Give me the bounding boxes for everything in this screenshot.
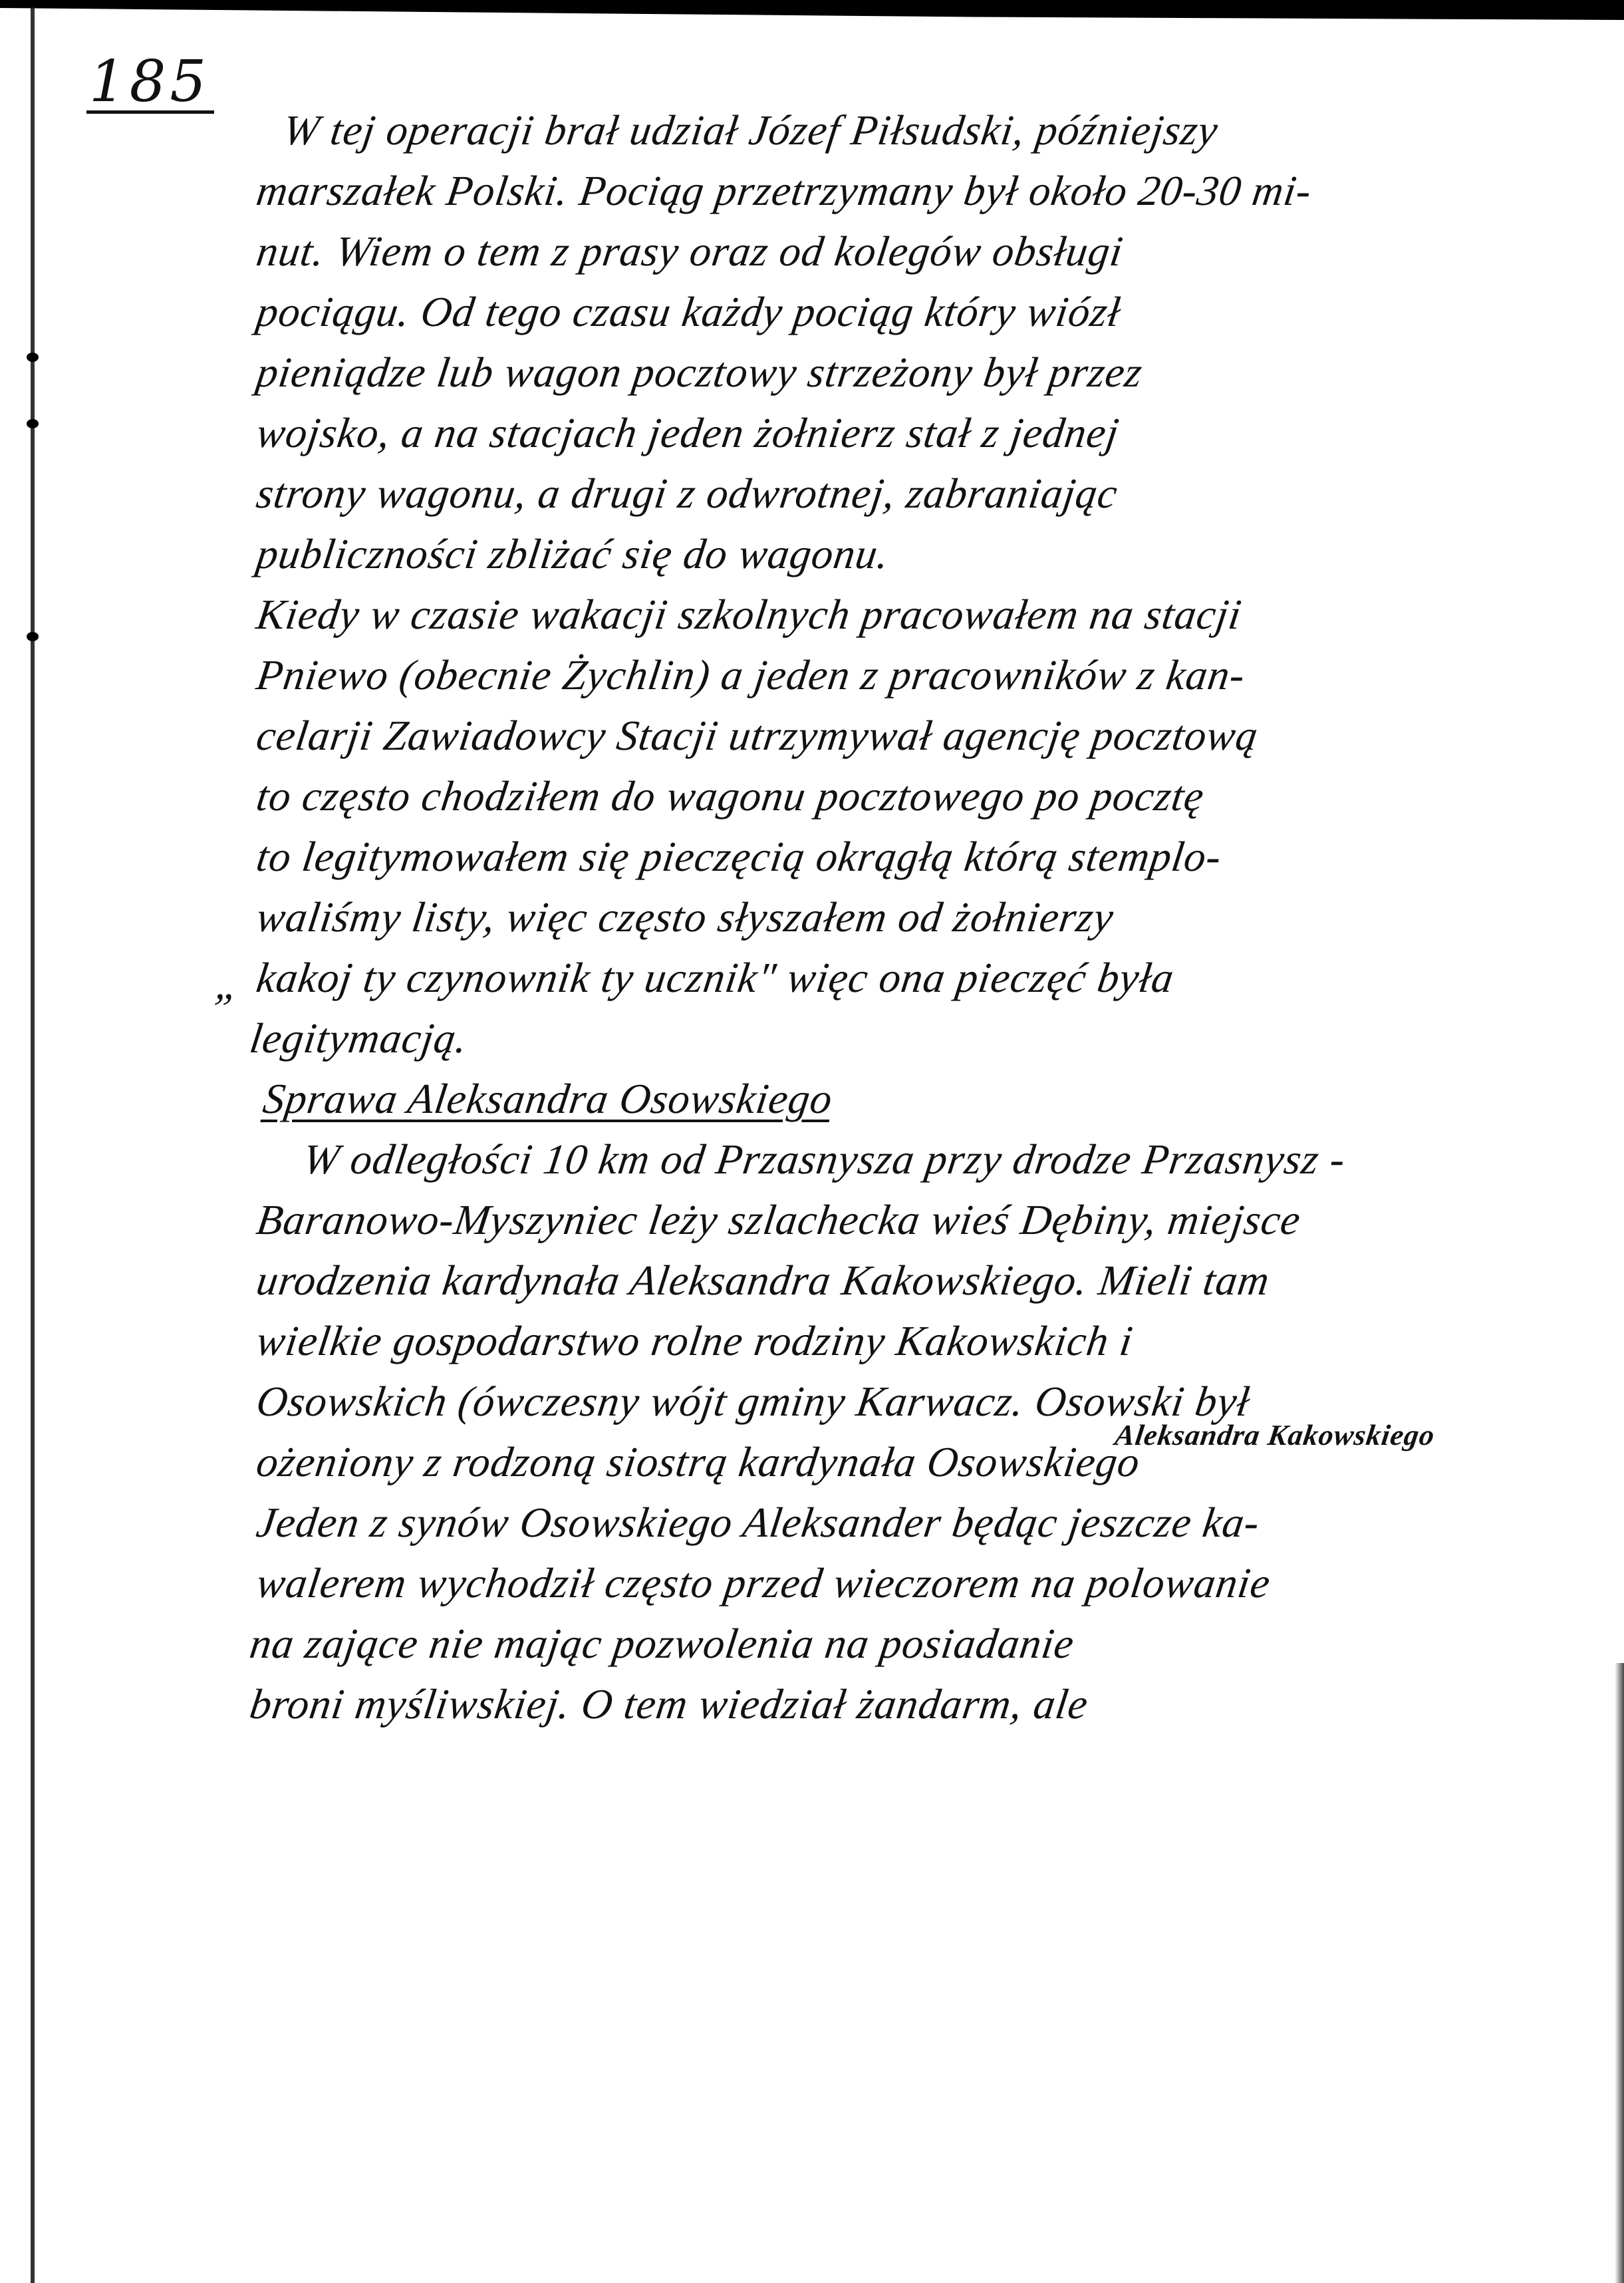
section-heading: Sprawa Aleksandra Osowskiego	[259, 1068, 1611, 1129]
opening-quote-mark: „	[212, 954, 245, 1014]
text-line: Kiedy w czasie wakacji szkolnych pracowa…	[253, 584, 1611, 645]
text-line: W tej operacji brał udział Józef Piłsuds…	[279, 100, 1611, 160]
scan-right-edge	[1615, 1663, 1624, 2283]
text-line: celarji Zawiadowcy Stacji utrzymywał age…	[253, 705, 1611, 766]
text-line: na zające nie mając pozwolenia na posiad…	[246, 1613, 1611, 1674]
binding-line	[31, 7, 35, 2283]
text-line: publiczności zbliżać się do wagonu.	[253, 524, 1611, 584]
binding-mark	[27, 353, 39, 362]
text-line: urodzenia kardynała Aleksandra Kakowskie…	[253, 1250, 1611, 1310]
scan-top-border	[0, 0, 1624, 20]
binding-mark	[27, 632, 39, 641]
text-line: nut. Wiem o tem z prasy oraz od kolegów …	[253, 221, 1611, 281]
interlinear-insertion: Aleksandra Kakowskiego	[1111, 1405, 1439, 1465]
text-line: ożeniony z rodzoną siostrą kardynała Oso…	[253, 1438, 1143, 1485]
text-line: pociągu. Od tego czasu każdy pociąg któr…	[253, 281, 1611, 342]
text-line: to często chodziłem do wagonu pocztowego…	[253, 766, 1611, 826]
text-line: W odległości 10 km od Przasnysza przy dr…	[279, 1129, 1611, 1189]
text-line: kakoj ty czynownik ty ucznik" więc ona p…	[253, 954, 1177, 1001]
text-line: strony wagonu, a drugi z odwrotnej, zabr…	[253, 463, 1611, 524]
binding-mark	[27, 419, 39, 428]
text-line: Baranowo-Myszyniec leży szlachecka wieś …	[253, 1189, 1611, 1250]
text-line: legitymacją.	[246, 1008, 1611, 1068]
text-line: wielkie gospodarstwo rolne rodziny Kakow…	[253, 1310, 1611, 1371]
text-line: waliśmy listy, więc często słyszałem od …	[253, 887, 1611, 947]
text-line: walerem wychodził często przed wieczorem…	[253, 1553, 1611, 1613]
text-line: Pniewo (obecnie Żychlin) a jeden z praco…	[253, 645, 1611, 705]
text-line: broni myśliwskiej. O tem wiedział żandar…	[246, 1674, 1611, 1734]
text-line: marszałek Polski. Pociąg przetrzymany by…	[253, 160, 1611, 221]
text-line: wojsko, a na stacjach jeden żołnierz sta…	[253, 402, 1611, 463]
text-line: to legitymowałem się pieczęcią okrągłą k…	[253, 826, 1611, 887]
text-line-with-correction: Aleksandra Kakowskiego ożeniony z rodzon…	[253, 1432, 1611, 1492]
page-number: 185	[86, 53, 214, 114]
text-line: Jeden z synów Osowskiego Aleksander będą…	[253, 1492, 1611, 1553]
manuscript-text: W tej operacji brał udział Józef Piłsuds…	[279, 100, 1603, 1734]
text-line-with-quote: „ kakoj ty czynownik ty ucznik" więc ona…	[253, 947, 1611, 1008]
text-line: pieniądze lub wagon pocztowy strzeżony b…	[253, 342, 1611, 402]
